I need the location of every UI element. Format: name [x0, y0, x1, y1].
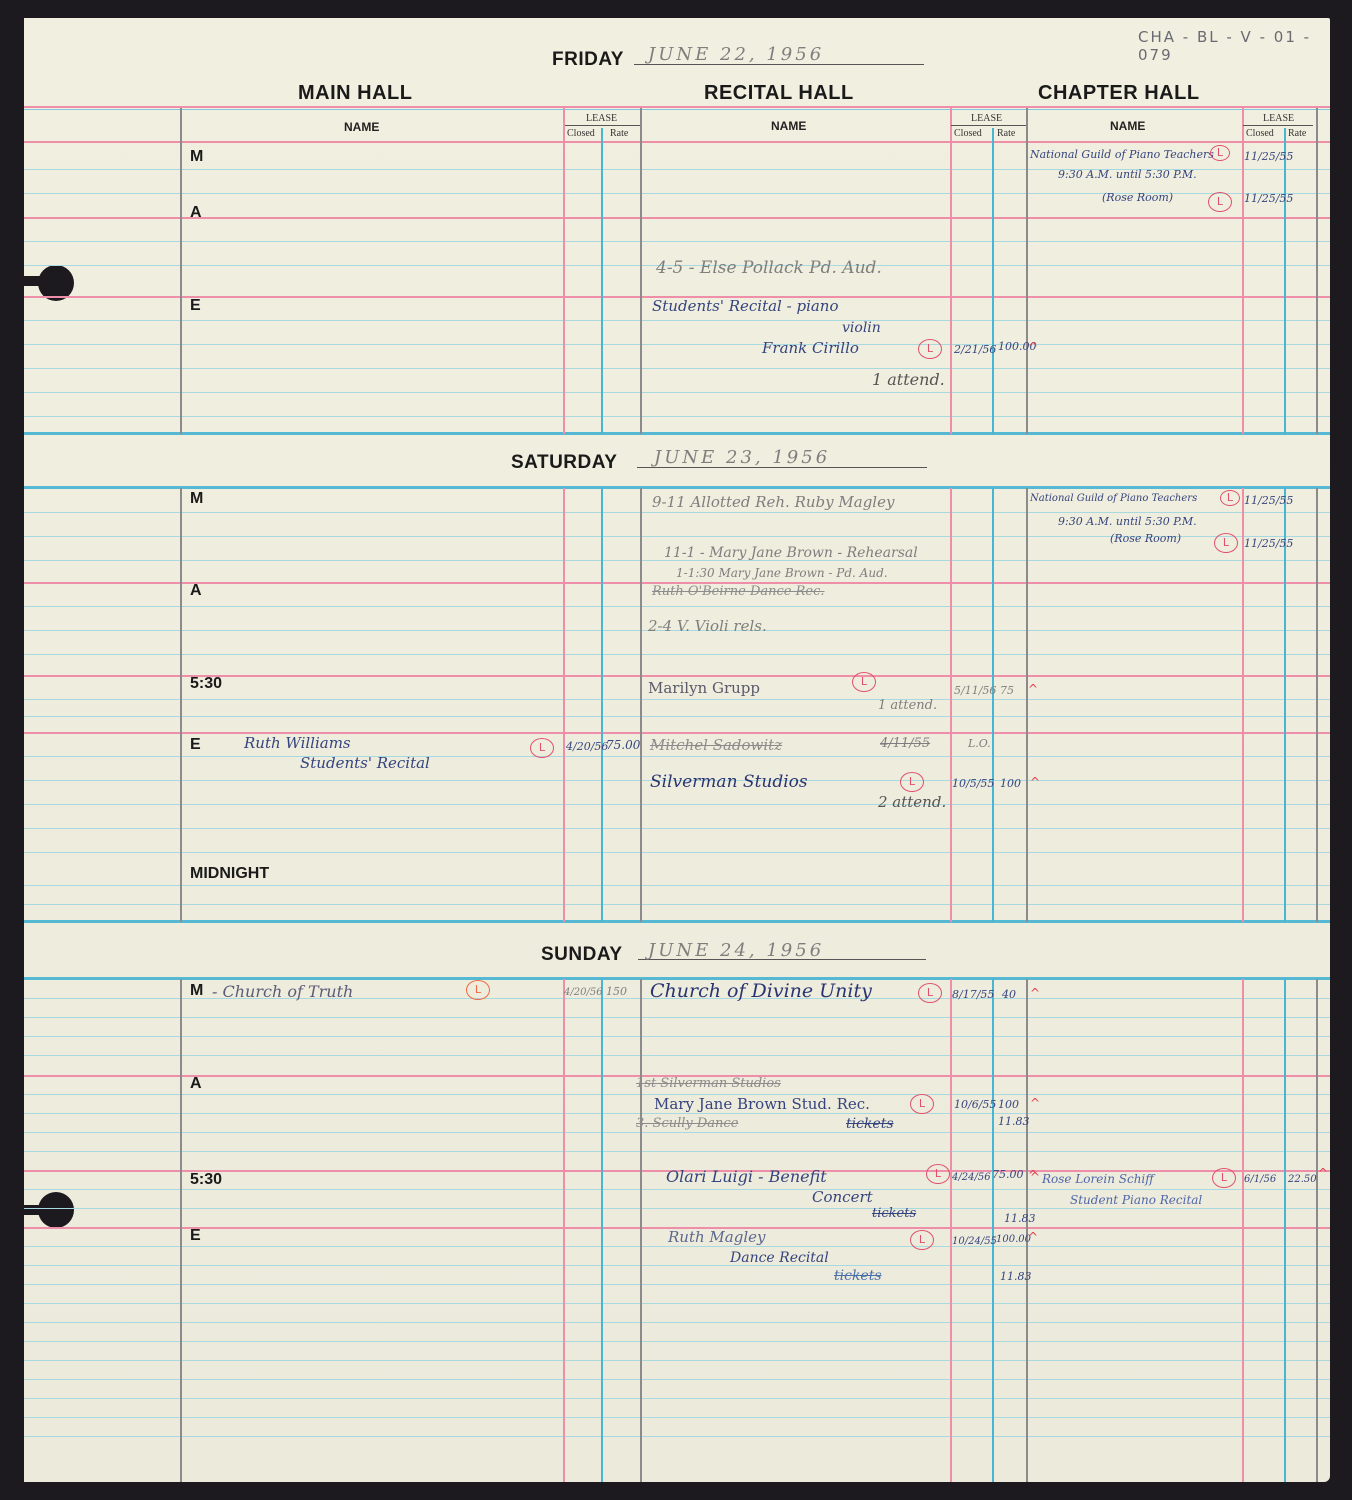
column-rule	[992, 488, 994, 922]
lease-closed-date: 6/1/56	[1244, 1174, 1276, 1185]
column-header-closed: Closed	[1246, 128, 1274, 139]
rule	[24, 716, 1330, 717]
rule	[24, 1208, 1330, 1209]
entry-text: Student Piano Recital	[1070, 1193, 1202, 1207]
rule	[24, 1113, 1330, 1114]
lease-check-mark: L	[910, 1230, 934, 1250]
rule	[24, 852, 1330, 853]
lease-check-mark: L	[1208, 192, 1232, 212]
column-rule	[1026, 108, 1028, 434]
slot-afternoon: A	[190, 204, 202, 222]
red-tick-mark: ^	[1030, 986, 1040, 1000]
struck-entry: tickets	[872, 1206, 916, 1221]
entry-text: - Church of Truth	[212, 982, 353, 1001]
rule	[24, 1246, 1330, 1247]
rule	[24, 654, 1330, 655]
rule	[24, 1151, 1330, 1152]
column-header-lease: LEASE	[586, 113, 617, 124]
entry-text: (Rose Room)	[1102, 191, 1173, 204]
red-tick-mark: ^	[1028, 340, 1038, 354]
entry-text: National Guild of Piano Teachers	[1030, 493, 1197, 504]
rule	[24, 904, 1330, 905]
rule	[24, 512, 1330, 513]
rule	[24, 1398, 1330, 1399]
entry-text: 1-1:30 Mary Jane Brown - Pd. Aud.	[676, 566, 888, 580]
red-tick-mark: ^	[1028, 1230, 1038, 1244]
rule	[24, 756, 1330, 757]
lease-closed-date: 2/21/56	[954, 343, 996, 356]
column-header-name: NAME	[1110, 119, 1145, 133]
entry-text: Marilyn Grupp	[648, 679, 760, 697]
entry-text: Olari Luigi - Benefit	[666, 1167, 827, 1186]
slot-afternoon: A	[190, 582, 202, 600]
section-divider	[24, 432, 1330, 435]
red-tick-mark: ^	[1030, 775, 1040, 789]
lease-closed-date: 10/5/55	[952, 777, 994, 790]
hall-title-main: MAIN HALL	[298, 82, 412, 105]
lease-closed-date: 5/11/56	[954, 684, 996, 697]
entry-text: Concert	[812, 1188, 873, 1206]
rule	[24, 1303, 1330, 1304]
lease-check-mark: L	[1212, 1168, 1236, 1188]
slot-afternoon: A	[190, 1075, 202, 1093]
column-header-rate: Rate	[1288, 128, 1306, 139]
slot-midnight: MIDNIGHT	[190, 865, 269, 883]
entry-text: 9-11 Allotted Reh. Ruby Magley	[652, 493, 894, 511]
slot-530: 5:30	[190, 1171, 222, 1189]
rule	[24, 885, 1330, 886]
lease-check-mark: L	[910, 1094, 934, 1114]
rule	[24, 1417, 1330, 1418]
rule	[24, 217, 1330, 219]
attendance-note: 2 attend.	[878, 793, 946, 811]
lease-closed-date: 4/24/56	[952, 1172, 991, 1183]
lease-closed-date: 4/11/55	[880, 736, 930, 751]
day-label-saturday: SATURDAY	[511, 452, 617, 474]
struck-entry: 3. Scully Dance	[636, 1116, 738, 1131]
slot-morning: M	[190, 148, 203, 166]
rule	[24, 320, 1330, 321]
rule	[24, 1379, 1330, 1380]
rule	[24, 141, 1330, 143]
rule	[24, 1341, 1330, 1342]
struck-entry: tickets	[834, 1268, 882, 1284]
rule	[24, 1284, 1330, 1285]
rule	[24, 1132, 1330, 1133]
lease-closed-date: 11/25/55	[1244, 537, 1293, 550]
column-header-closed: Closed	[954, 128, 982, 139]
rule	[24, 344, 1330, 345]
ticket-fee: 11.83	[998, 1115, 1030, 1128]
struck-entry: Ruth O'Beirne Dance Rec.	[652, 584, 825, 599]
column-rule	[1284, 979, 1286, 1482]
column-rule	[640, 979, 642, 1482]
rule	[24, 1436, 1330, 1437]
lease-closed-date: 11/25/55	[1244, 192, 1293, 205]
rule	[24, 392, 1330, 393]
struck-entry: 1st Silverman Studios	[636, 1076, 781, 1091]
column-rule	[1242, 488, 1244, 922]
column-header-closed: Closed	[567, 128, 595, 139]
lease-rate: 100	[998, 1098, 1019, 1111]
archive-reference-code: CHA - BL - V - 01 - 079	[1138, 28, 1352, 64]
lease-check-mark: L	[918, 339, 942, 359]
lease-rate: 75.00	[606, 738, 640, 752]
rule	[24, 732, 1330, 734]
rule	[24, 106, 1330, 108]
rule	[24, 416, 1330, 417]
lease-check-mark: L	[852, 672, 876, 692]
column-header-name: NAME	[344, 120, 379, 134]
lease-check-mark: L	[1220, 490, 1240, 506]
lease-closed-date: 11/25/55	[1244, 150, 1293, 163]
column-rule	[601, 979, 603, 1482]
slot-evening: E	[190, 1227, 201, 1245]
date-saturday: JUNE 23, 1956	[654, 447, 830, 468]
binder-hole	[38, 1192, 74, 1228]
entry-text: 9:30 A.M. until 5:30 P.M.	[1058, 168, 1197, 181]
lease-check-mark: L	[466, 980, 490, 1000]
column-rule	[180, 108, 182, 434]
rule	[24, 1360, 1330, 1361]
red-tick-mark: ^	[1030, 1096, 1040, 1110]
lease-check-mark: L	[530, 738, 554, 758]
entry-text: Students' Recital	[300, 754, 430, 772]
entry-text: 4-5 - Else Pollack Pd. Aud.	[656, 258, 882, 278]
column-rule	[1242, 979, 1244, 1482]
date-friday: JUNE 22, 1956	[648, 44, 824, 65]
ticket-fee: 11.83	[1000, 1270, 1032, 1283]
entry-text: Rose Lorein Schiff	[1042, 1172, 1154, 1186]
rule	[24, 1265, 1330, 1266]
entry-text: (Rose Room)	[1110, 532, 1181, 545]
lease-closed-date: 10/6/55	[954, 1098, 996, 1111]
rule	[24, 606, 1330, 607]
lease-closed-date: 10/24/55	[952, 1236, 997, 1247]
column-rule	[563, 488, 565, 922]
entry-text: 9:30 A.M. until 5:30 P.M.	[1058, 515, 1197, 528]
entry-text: Students' Recital - piano	[652, 297, 839, 315]
entry-text: National Guild of Piano Teachers	[1030, 148, 1214, 161]
struck-entry: Mitchel Sadowitz	[650, 736, 782, 754]
red-tick-mark: ^	[1028, 682, 1038, 696]
column-rule	[1284, 488, 1286, 922]
column-rule	[1026, 488, 1028, 922]
lease-underline	[1243, 125, 1313, 126]
entry-text: Ruth Williams	[244, 734, 351, 752]
column-rule	[563, 108, 565, 434]
lease-rate: 22.50	[1288, 1174, 1317, 1185]
rule	[24, 1017, 1330, 1018]
lease-rate: 100.00	[996, 1234, 1031, 1245]
column-rule	[180, 979, 182, 1482]
lease-rate: 150	[606, 985, 627, 998]
column-rule	[601, 128, 603, 434]
column-rule	[992, 979, 994, 1482]
lease-rate: 75	[1000, 684, 1014, 697]
lease-closed-date: 11/25/55	[1244, 494, 1293, 507]
column-header-lease: LEASE	[971, 113, 1002, 124]
entry-text: 2-4 V. Violi rels.	[648, 617, 767, 635]
hall-title-recital: RECITAL HALL	[704, 82, 854, 105]
lease-check-mark: L	[1210, 145, 1230, 161]
lease-check-mark: L	[1214, 533, 1238, 553]
entry-text: Mary Jane Brown Stud. Rec.	[654, 1095, 870, 1113]
attendance-note: 1 attend.	[872, 370, 945, 389]
entry-text: violin	[842, 320, 881, 336]
column-rule	[601, 488, 603, 922]
slot-evening: E	[190, 297, 201, 315]
column-header-rate: Rate	[997, 128, 1015, 139]
column-rule	[1316, 488, 1318, 922]
lease-closed-date: 4/20/56	[564, 987, 603, 998]
rule	[24, 699, 1330, 700]
column-rule	[992, 128, 994, 434]
column-rule	[950, 488, 952, 922]
struck-entry: tickets	[846, 1116, 894, 1132]
lease-rate: 100	[1000, 777, 1021, 790]
rule	[24, 828, 1330, 829]
attendance-note: 1 attend.	[878, 698, 937, 713]
column-rule	[1316, 108, 1318, 434]
date-sunday: JUNE 24, 1956	[648, 940, 824, 961]
entry-text: Ruth Magley	[668, 1228, 765, 1246]
column-header-lease: LEASE	[1263, 113, 1294, 124]
column-rule	[950, 979, 952, 1482]
slot-morning: M	[190, 490, 203, 508]
rule	[24, 1055, 1330, 1056]
section-divider	[24, 920, 1330, 923]
entry-text: Church of Divine Unity	[650, 980, 872, 1002]
column-rule	[1316, 979, 1318, 1482]
rule	[24, 368, 1330, 369]
column-rule	[563, 979, 565, 1482]
column-rule	[640, 488, 642, 922]
entry-text: Frank Cirillo	[762, 339, 859, 357]
column-rule	[640, 108, 642, 434]
rule	[24, 241, 1330, 242]
column-rule	[180, 488, 182, 922]
day-label-sunday: SUNDAY	[541, 944, 623, 966]
column-header-rate: Rate	[610, 128, 628, 139]
lease-rate: 75.00	[992, 1168, 1024, 1181]
lease-closed-date: 4/20/56	[566, 740, 608, 753]
rule	[24, 804, 1330, 805]
red-tick-mark: ^	[1318, 1166, 1328, 1180]
slot-evening: E	[190, 736, 201, 754]
rule	[24, 1189, 1330, 1190]
lease-check-mark: L	[900, 772, 924, 792]
entry-text: Silverman Studios	[650, 772, 808, 792]
lease-closed-date: 8/17/55	[952, 988, 994, 1001]
slot-morning: M	[190, 982, 203, 1000]
rule	[24, 1322, 1330, 1323]
ticket-fee: 11.83	[1004, 1212, 1036, 1225]
rule	[24, 1036, 1330, 1037]
rule	[24, 109, 1330, 110]
lease-check-mark: L	[918, 983, 942, 1003]
section-divider	[24, 486, 1330, 489]
lease-rate: L.O.	[968, 737, 991, 750]
red-tick-mark: ^	[1030, 1170, 1040, 1184]
lease-underline	[951, 125, 1026, 126]
hall-title-chapter: CHAPTER HALL	[1038, 82, 1200, 105]
day-label-friday: FRIDAY	[552, 49, 624, 71]
entry-text: Dance Recital	[730, 1250, 829, 1266]
entry-text: 11-1 - Mary Jane Brown - Rehearsal	[664, 545, 918, 561]
column-rule	[1284, 128, 1286, 434]
lease-rate: 40	[1002, 988, 1016, 1001]
lease-check-mark: L	[926, 1164, 950, 1184]
column-rule	[950, 108, 952, 434]
slot-530: 5:30	[190, 675, 222, 693]
column-header-name: NAME	[771, 119, 806, 133]
lease-underline	[565, 125, 640, 126]
